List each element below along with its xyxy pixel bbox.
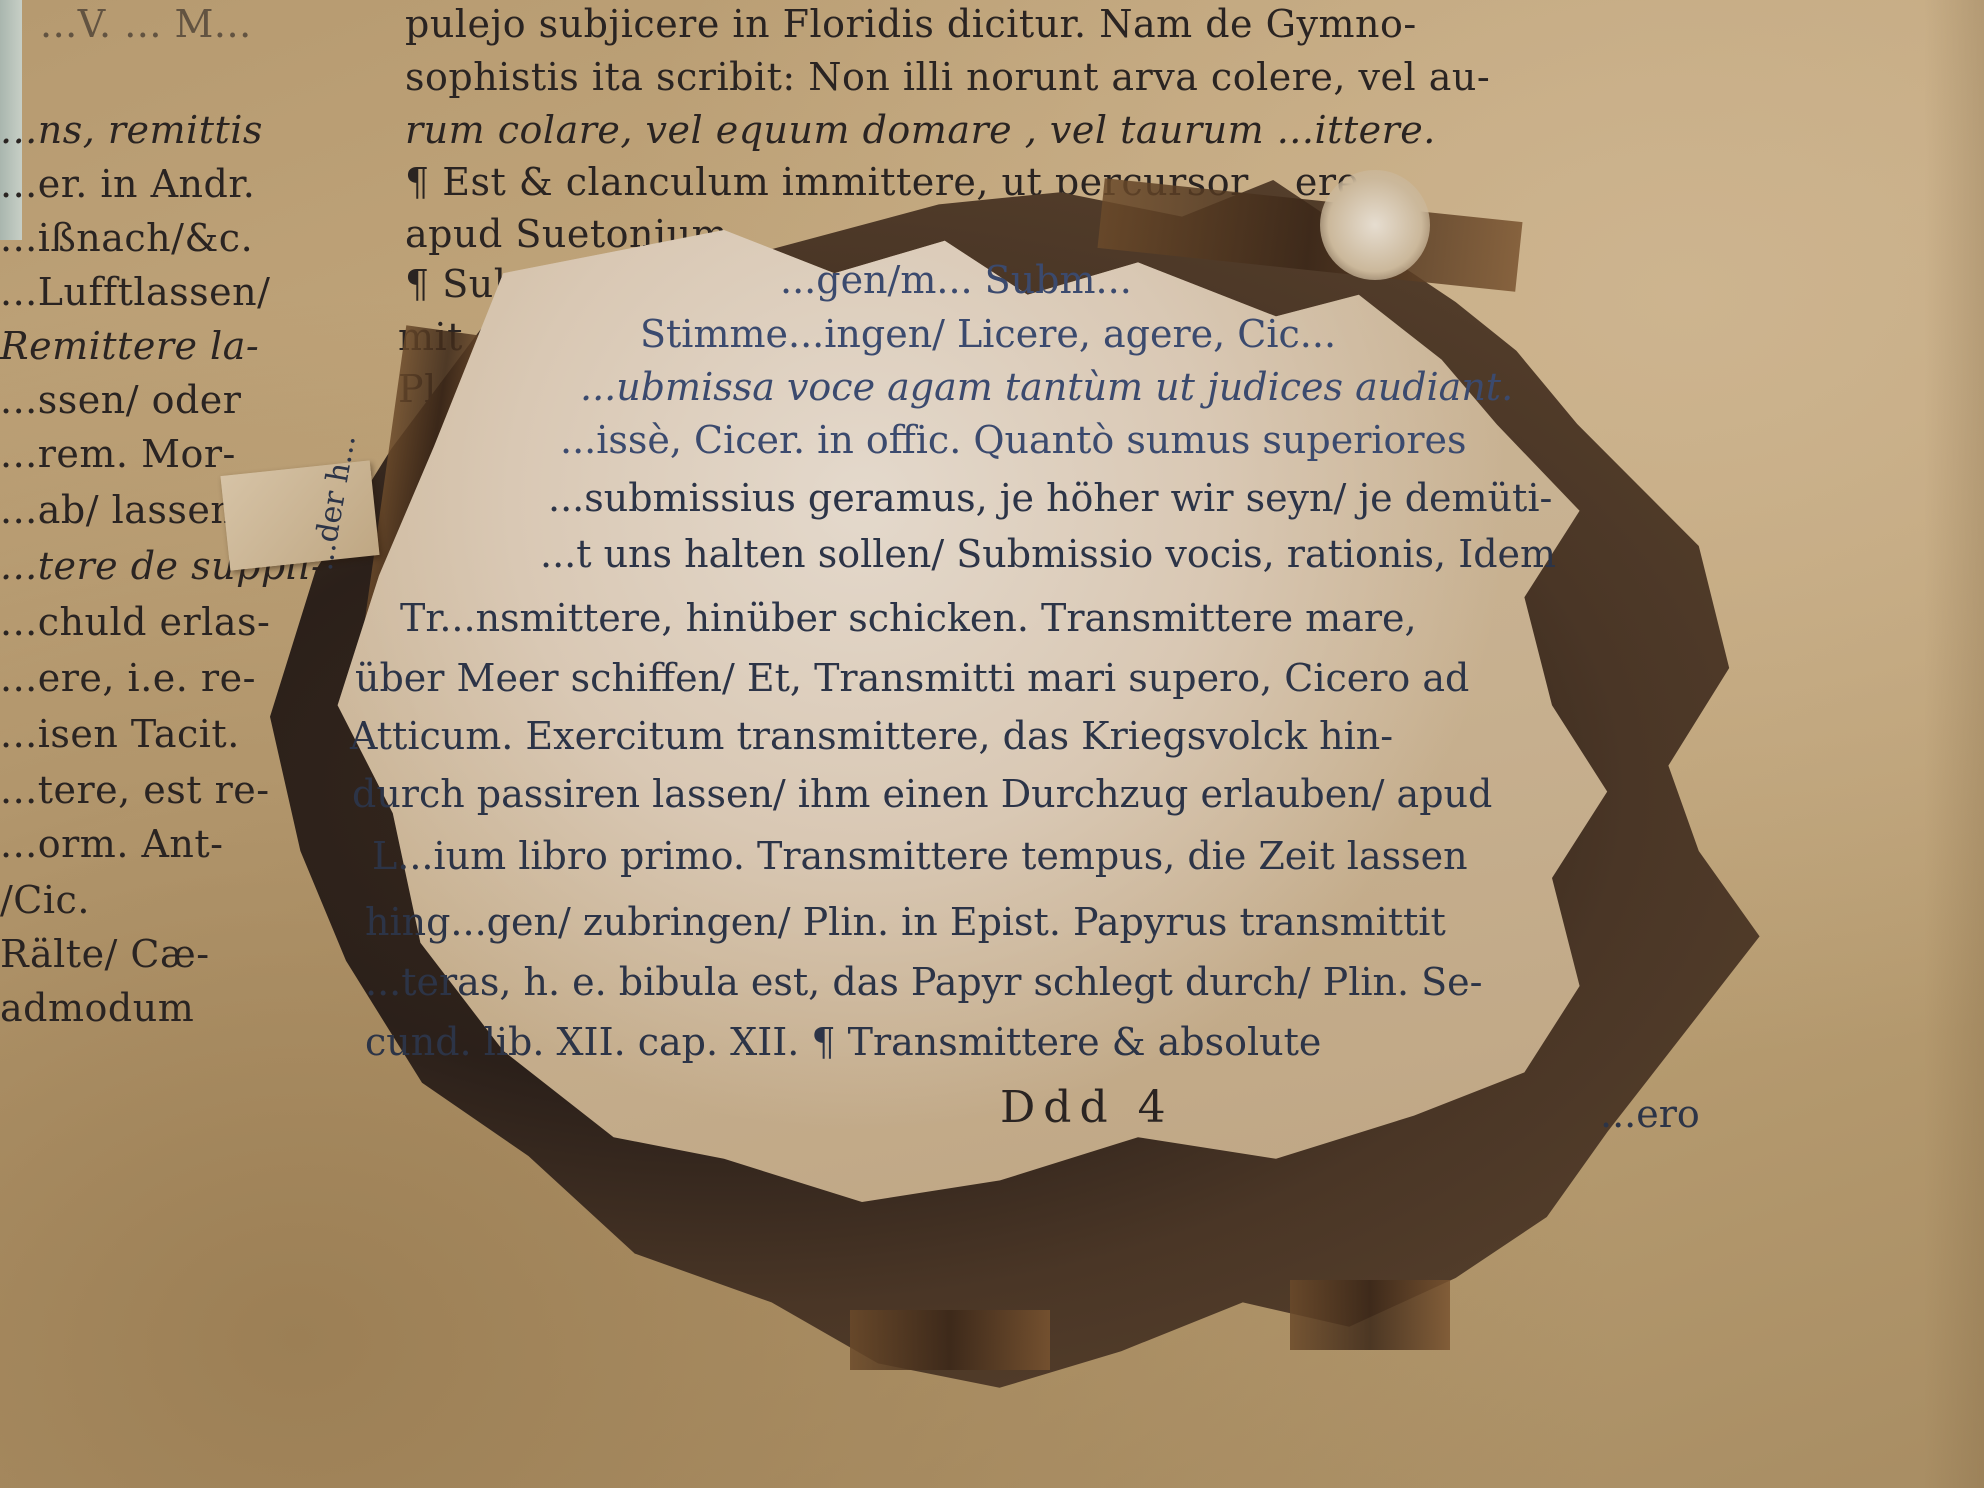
margin-line: ...V. ... M...	[40, 2, 252, 46]
inner-line: ...issè, Cicer. in offic. Quantò sumus s…	[560, 418, 1467, 462]
margin-line: ...rem. Mor-	[0, 432, 236, 476]
margin-line: ...ißnach/&c.	[0, 216, 253, 260]
inner-line: L...ium libro primo. Transmittere tempus…	[372, 834, 1468, 878]
inner-line: Tr...nsmittere, hinüber schicken. Transm…	[400, 596, 1417, 640]
inner-line: durch passiren lassen/ ihm einen Durchzu…	[352, 772, 1492, 816]
page-edge-shadow	[1924, 0, 1984, 1488]
inner-line: Stimme...ingen/ Licere, agere, Cic...	[640, 312, 1336, 356]
inner-line: ...gen/m... Subm...	[780, 258, 1132, 302]
margin-line: admodum	[0, 986, 194, 1030]
inner-line: Atticum. Exercitum transmittere, das Kri…	[350, 714, 1393, 758]
outer-line: sophistis ita scribit: Non illi norunt a…	[405, 55, 1490, 99]
outer-line: pulejo subjicere in Floridis dicitur. Na…	[405, 2, 1417, 46]
inner-line: ...submissius geramus, je höher wir seyn…	[548, 476, 1552, 520]
wooden-board-exposed	[1290, 1280, 1450, 1350]
margin-line: ...chuld erlas-	[0, 600, 270, 644]
inner-line: cund. lib. XII. cap. XII. ¶ Transmittere…	[365, 1020, 1321, 1064]
paper-stain	[1320, 170, 1430, 280]
margin-line: ...ssen/ oder	[0, 378, 241, 422]
book-page-photo: pulejo subjicere in Floridis dicitur. Na…	[0, 0, 1984, 1488]
inner-line: ...t uns halten sollen/ Submissio vocis,…	[540, 532, 1556, 576]
page-signature: Ddd 4	[1000, 1082, 1174, 1133]
margin-line: Rälte/ Cæ-	[0, 932, 210, 976]
wooden-board-exposed	[850, 1310, 1050, 1370]
margin-line: ...isen Tacit.	[0, 712, 240, 756]
margin-line: ...er. in Andr.	[0, 162, 255, 206]
inner-line: ...teras, h. e. bibula est, das Papyr sc…	[365, 960, 1483, 1004]
margin-line: ...tere, est re-	[0, 768, 270, 812]
margin-line: ...ns, remittis	[0, 108, 263, 152]
margin-line: /Cic.	[0, 878, 90, 922]
margin-line: Remittere la-	[0, 324, 259, 368]
inner-line: über Meer schiffen/ Et, Transmitti mari …	[355, 656, 1469, 700]
inner-line: hing...gen/ zubringen/ Plin. in Epist. P…	[365, 900, 1446, 944]
inner-line: ...ubmissa voce agam tantùm ut judices a…	[580, 365, 1513, 409]
margin-line: ...Lufftlassen/	[0, 270, 270, 314]
margin-line: ...orm. Ant-	[0, 822, 224, 866]
right-edge-fragment: ...ero	[1600, 1092, 1700, 1136]
outer-line: rum colare, vel equum domare , vel tauru…	[405, 108, 1436, 152]
margin-line: ...ab/ lassen	[0, 488, 235, 532]
margin-line: ...ere, i.e. re-	[0, 656, 256, 700]
